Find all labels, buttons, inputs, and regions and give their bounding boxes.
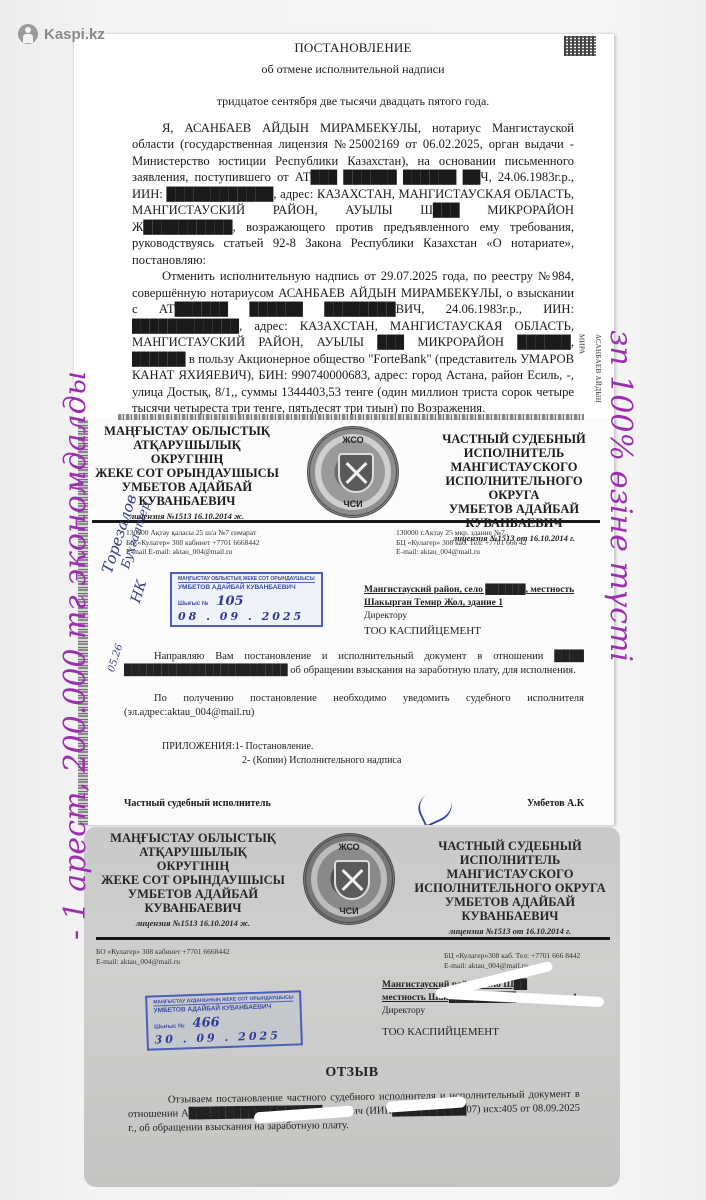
letterhead: МАҢҒЫСТАУ ОБЛЫСТЫҚ АТҚАРУШЫЛЫҚ ОКРУГІНІҢ… [98,831,610,927]
signer-title: Частный судебный исполнитель [124,798,271,809]
letterhead-divider [96,937,610,940]
letterhead: МАҢҒЫСТАУ ОБЛЫСТЫҚ АТҚАРУШЫЛЫҚ ОКРУГІНІҢ… [92,424,604,520]
decree-paragraph-1: Я, АСАНБАЕВ АЙДЫН МИРАМБЕКҰЛЫ, нотариус … [132,120,574,269]
watermark-brand: Kaspi.kz [44,26,105,43]
notary-side-stamp: АСАНБАЕВ АЙДЫН МИРА [573,334,606,424]
decree-document: ПОСТАНОВЛЕНИЕ об отмене исполнительной н… [74,34,614,424]
bailiff-letter-document: МАҢҒЫСТАУ ОБЛЫСТЫҚ АТҚАРУШЫЛЫҚ ОКРУГІНІҢ… [78,420,614,825]
recipient-company: ТОО КАСПИЙЦЕМЕНТ [364,625,574,638]
response-letter-document: МАҢҒЫСТАУ ОБЛЫСТЫҚ АТҚАРУШЫЛЫҚ ОКРУГІНІҢ… [84,827,620,1187]
signature-row: Частный судебный исполнитель Умбетов А.К [124,798,584,809]
annex-list: ПРИЛОЖЕНИЯ:1- Постановление. 2- (Копии) … [162,740,401,768]
recipient-company: ТОО КАСПИЙЦЕМЕНТ [382,1026,577,1039]
address-left: БО «Кулагер» 308 кабинет +7701 6668442 E… [96,947,230,966]
recipient-block: Мангистауский район, село ██████, местно… [364,584,574,638]
outgoing-stamp: МАҢҒЫСТАУ АУДАНЫНЫҢ ЖЕКЕ СОТ ОРЫНДАУШЫСЫ… [145,990,303,1050]
response-body: Отзываем постановление частного судебног… [128,1088,581,1136]
shield-icon [338,453,374,493]
letterhead-kazakh: МАҢҒЫСТАУ ОБЛЫСТЫҚ АТҚАРУШЫЛЫҚ ОКРУГІНІҢ… [98,831,288,930]
decree-title: ПОСТАНОВЛЕНИЕ [132,40,574,57]
bailiff-emblem-icon: ЖСО ЧСИ [303,833,395,925]
qr-code-icon [564,36,596,56]
outgoing-date: 08 . 09 . 2025 [178,610,315,623]
decree-paragraph-2: Отменить исполнительную надпись от 29.07… [132,268,574,417]
response-title: ОТЗЫВ [84,1065,620,1081]
caption-right: зп 100% өзіне түсті [603,330,638,662]
kaspi-logo-icon [18,24,38,44]
letter-body-2: По получению постановление необходимо ув… [124,692,584,720]
handwritten-note: 05.26 [106,643,125,674]
decree-subtitle: об отмене исполнительной надписи [132,61,574,78]
letterhead-russian: ЧАСТНЫЙ СУДЕБНЫЙ ИСПОЛНИТЕЛЬ МАНГИСТАУСК… [410,839,610,938]
kaspi-watermark: Kaspi.kz [18,24,105,44]
decree-date: тридцатое сентября две тысячи двадцать п… [132,93,574,110]
address-left: 130000 Ақтау қаласы 25 ш/а №7 ғимарат БО… [126,528,260,557]
shield-icon [334,860,370,900]
caption-left: - 1 арест, 200.000 тг экономдалды [58,371,93,940]
outgoing-stamp: МАҢҒЫСТАУ ОБЛЫСТЫҚ ЖЕКЕ СОТ ОРЫНДАУШЫСЫ … [170,572,323,627]
letterhead-divider [92,520,600,523]
address-right: БЦ «Кулагер»308 каб. Тел: +7701 666 8442… [444,951,580,970]
handwritten-note: НК [128,578,150,605]
letter-body-1: Направляю Вам постановление и исполнител… [124,650,584,678]
signer-name: Умбетов А.К [527,798,584,809]
bailiff-emblem-icon: ЖСО ЧСИ [307,426,399,518]
outgoing-number: 105 [216,594,243,609]
outgoing-number: 466 [192,1015,220,1031]
address-right: 130000 г.Актау 25 мкр. здание №7., БЦ «К… [396,528,527,557]
